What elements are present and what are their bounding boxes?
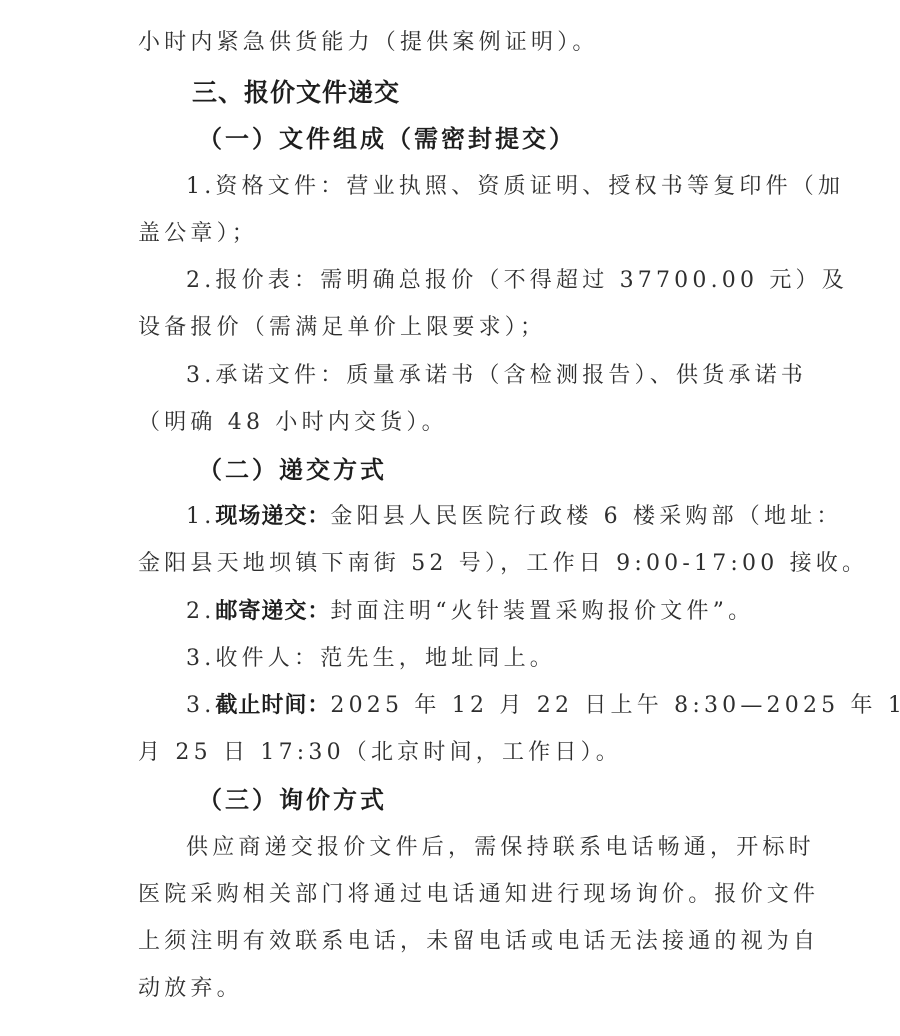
inquiry-para-line1: 供应商递交报价文件后，需保持联系电话畅通，开标时 — [186, 833, 815, 863]
item-deadline-line1: 3.截止时间：2025 年 12 月 22 日上午 8:30—2025 年 12 — [186, 691, 900, 721]
subsection-heading-composition: （一）文件组成（需密封提交） — [198, 124, 576, 154]
inquiry-para-line4: 动放弃。 — [138, 974, 243, 1004]
item-onsite-text: 金阳县人民医院行政楼 6 楼采购部（地址： — [330, 504, 842, 529]
item-mail-label: 邮寄递交： — [215, 599, 330, 624]
item-mail-line: 2.邮寄递交：封面注明“火针装置采购报价文件”。 — [186, 597, 754, 627]
item-onsite-number: 1. — [186, 504, 215, 529]
item-mail-number: 2. — [186, 599, 215, 624]
item-onsite-line2: 金阳县天地坝镇下南街 52 号），工作日 9:00-17:00 接收。 — [138, 549, 868, 579]
item-onsite-label: 现场递交： — [215, 504, 330, 529]
section-heading: 三、报价文件递交 — [192, 78, 400, 108]
item-deadline-number: 3. — [186, 693, 215, 718]
subsection-heading-delivery: （二）递交方式 — [198, 455, 387, 485]
item-qualification-line1: 1.资格文件：营业执照、资质证明、授权书等复印件（加 — [186, 172, 844, 202]
item-deadline-line2: 月 25 日 17:30（北京时间，工作日）。 — [138, 738, 622, 768]
inquiry-para-line3: 上须注明有效联系电话，未留电话或电话无法接通的视为自 — [138, 927, 819, 957]
item-commitment-line2: （明确 48 小时内交货）。 — [138, 408, 448, 438]
item-deadline-text: 2025 年 12 月 22 日上午 8:30—2025 年 12 — [330, 693, 900, 718]
item-quote-line2: 设备报价（需满足单价上限要求）； — [138, 313, 546, 343]
item-onsite-line1: 1.现场递交：金阳县人民医院行政楼 6 楼采购部（地址： — [186, 502, 843, 532]
item-commitment-line1: 3.承诺文件：质量承诺书（含检测报告）、供货承诺书 — [186, 361, 807, 391]
continuation-text: 小时内紧急供货能力（提供案例证明）。 — [138, 28, 599, 58]
item-deadline-label: 截止时间： — [215, 693, 330, 718]
item-quote-line1: 2.报价表：需明确总报价（不得超过 37700.00 元）及 — [186, 266, 848, 296]
subsection-heading-inquiry: （三）询价方式 — [198, 785, 387, 815]
item-mail-text: 封面注明“火针装置采购报价文件”。 — [330, 599, 754, 624]
item-qualification-line2: 盖公章）； — [138, 219, 258, 249]
item-recipient-line: 3.收件人：范先生，地址同上。 — [186, 644, 556, 674]
inquiry-para-line2: 医院采购相关部门将通过电话通知进行现场询价。报价文件 — [138, 880, 819, 910]
